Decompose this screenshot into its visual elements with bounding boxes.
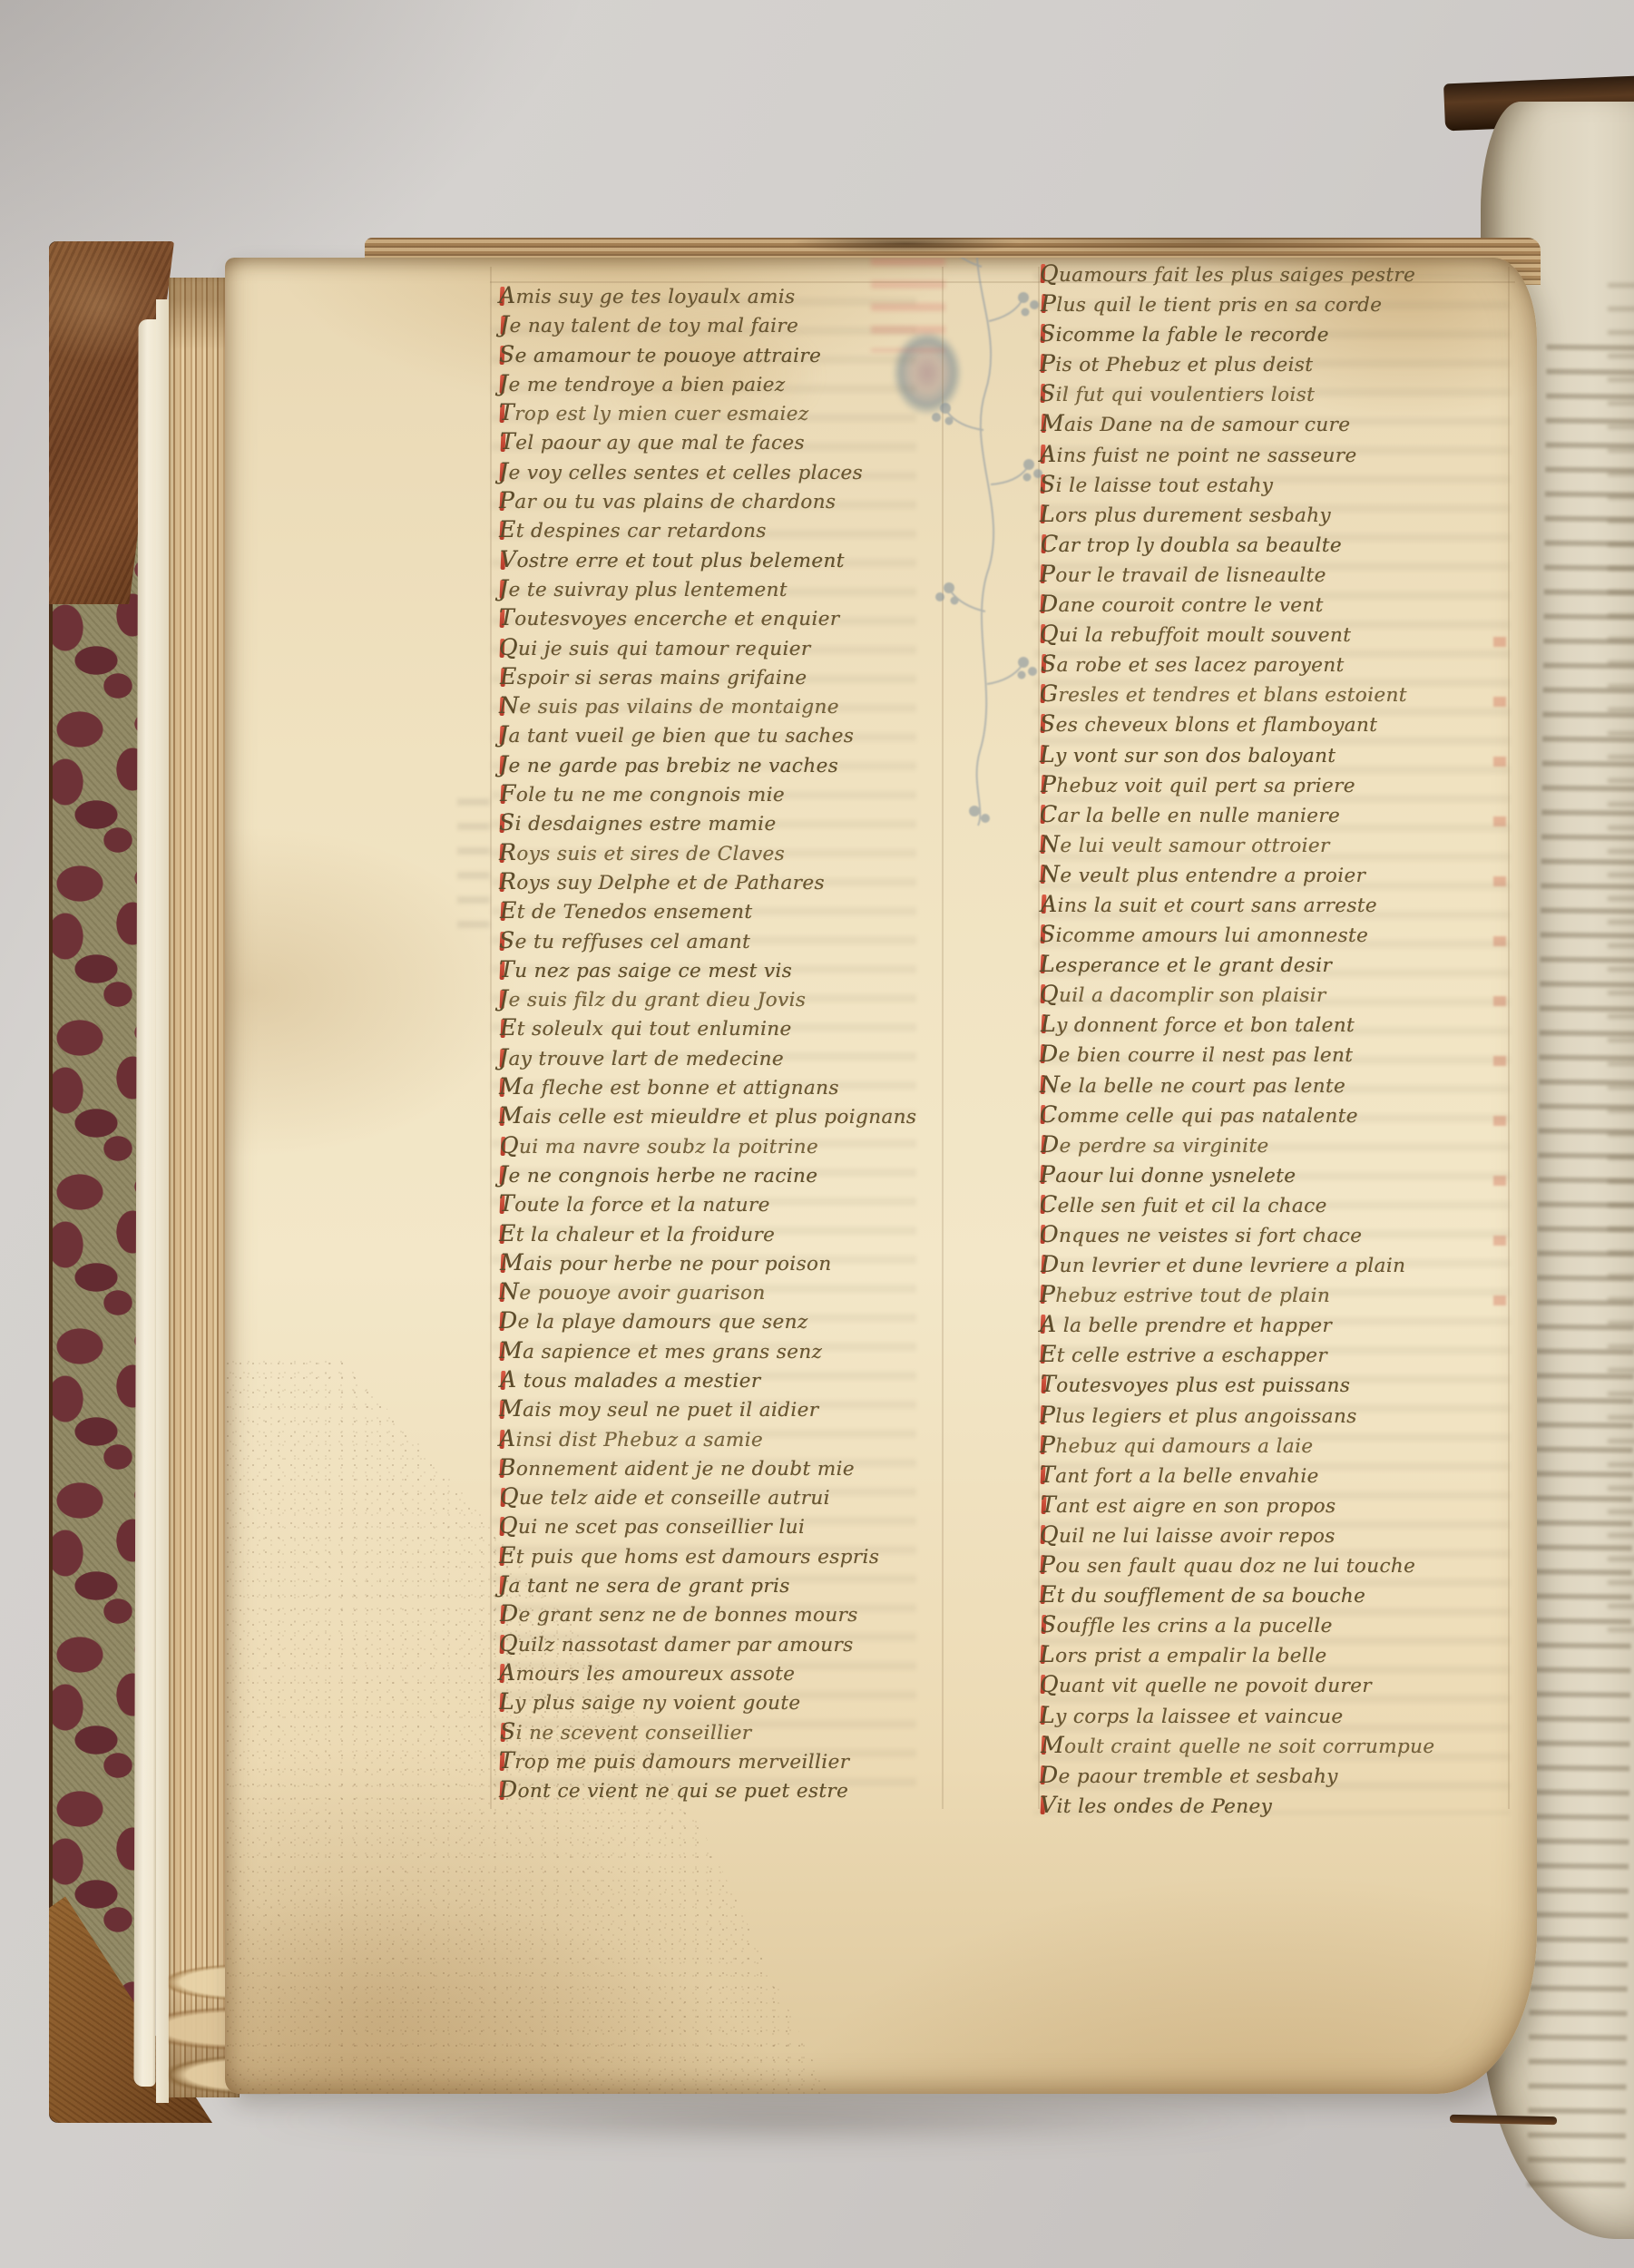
manuscript-line: Ly corps la laissee et vaincue xyxy=(1040,1700,1433,1730)
manuscript-line: Dun levrier et dune levriere a plain xyxy=(1041,1249,1434,1279)
rubricated-initial: D xyxy=(1040,1760,1058,1790)
rubricated-initial: E xyxy=(500,1013,517,1042)
manuscript-line: Plus legiers et plus angoissans xyxy=(1040,1400,1433,1430)
rubricated-initial: Q xyxy=(499,1629,518,1658)
manuscript-line: A la belle prendre et happer xyxy=(1040,1309,1433,1339)
rubricated-initial: D xyxy=(1041,1129,1059,1159)
book-cast-shadow xyxy=(64,2094,1497,2146)
manuscript-line: Ne pouoye avoir guarison xyxy=(499,1277,916,1306)
rubricated-initial: L xyxy=(1040,499,1055,529)
manuscript-line: Plus quil le tient pris en sa corde xyxy=(1041,288,1434,318)
manuscript-line: De paour tremble et sesbahy xyxy=(1040,1760,1433,1790)
manuscript-line: Je ne congnois herbe ne racine xyxy=(499,1160,916,1189)
manuscript-line: Ne suis pas vilains de montaigne xyxy=(499,691,916,720)
rubricated-initial: Q xyxy=(1040,619,1059,649)
manuscript-line: Et soleulx qui tout enlumine xyxy=(500,1013,917,1042)
rubricated-initial: L xyxy=(1041,1009,1056,1039)
manuscript-line: Ains fuist ne point ne sasseure xyxy=(1040,439,1433,469)
text-column-right: Quamours fait les plus saiges pestrePlus… xyxy=(1040,259,1433,1820)
rubricated-initial: S xyxy=(1040,378,1056,408)
manuscript-line: Pis ot Phebuz et plus deist xyxy=(1040,348,1433,378)
rubricated-initial: J xyxy=(499,1570,508,1599)
manuscript-line: Ma fleche est bonne et attignans xyxy=(499,1072,916,1101)
rubricated-initial: P xyxy=(1040,1159,1055,1189)
flyleaf-edge xyxy=(156,299,169,2103)
rubricated-initial: Q xyxy=(1040,259,1059,288)
rubricated-initial: T xyxy=(499,398,514,427)
manuscript-line: Qui la rebuffoit moult souvent xyxy=(1040,619,1433,649)
rubricated-initial: J xyxy=(499,457,508,486)
rubricated-initial: C xyxy=(1040,1100,1058,1129)
manuscript-line: Roys suis et sires de Claves xyxy=(499,838,916,867)
manuscript-line: Lors prist a empalir la belle xyxy=(1040,1639,1433,1669)
manuscript-line: Jay trouve lart de medecine xyxy=(499,1043,916,1072)
manuscript-line: Vostre erre et tout plus belement xyxy=(500,545,917,574)
rubricated-initial: M xyxy=(499,1394,523,1423)
rubricated-initial: T xyxy=(499,603,514,632)
rubricated-initial: E xyxy=(1040,1579,1057,1609)
manuscript-line: Phebuz estrive tout de plain xyxy=(1040,1279,1433,1309)
manuscript-line: Quil a dacomplir son plaisir xyxy=(1040,979,1433,1009)
rubricated-initial: Q xyxy=(1040,979,1059,1009)
manuscript-line: Ma sapience et mes grans senz xyxy=(499,1336,916,1365)
rubricated-initial: P xyxy=(1041,769,1056,799)
rubricated-initial: L xyxy=(1040,949,1055,979)
rubricated-initial: O xyxy=(1040,1219,1059,1249)
rubricated-initial: J xyxy=(499,574,508,603)
rubricated-initial: A xyxy=(1040,1309,1056,1339)
manuscript-line: Sicomme la fable le recorde xyxy=(1040,318,1433,348)
rubricated-initial: T xyxy=(500,427,515,456)
rubricated-initial: M xyxy=(1041,408,1064,438)
rubricated-initial: A xyxy=(499,1424,515,1453)
manuscript-line: Amours les amoureux assote xyxy=(499,1658,916,1687)
manuscript-line: Que telz aide et conseille autrui xyxy=(500,1482,917,1511)
rubricated-initial: V xyxy=(1040,1790,1056,1820)
manuscript-line: Pour le travail de lisneaulte xyxy=(1040,559,1433,589)
rubricated-initial: J xyxy=(499,750,508,779)
manuscript-line: Se tu reffuses cel amant xyxy=(499,926,916,955)
manuscript-line: Car trop ly doubla sa beaulte xyxy=(1041,529,1434,559)
manuscript-line: A tous malades a mestier xyxy=(500,1365,917,1394)
manuscript-line: Phebuz voit quil pert sa priere xyxy=(1041,769,1434,799)
rubricated-initial: N xyxy=(499,1277,519,1306)
rubricated-initial: T xyxy=(1041,1369,1056,1399)
manuscript-line: Qui ma navre soubz la poitrine xyxy=(500,1131,917,1160)
manuscript-line: Et despines car retardons xyxy=(499,515,916,544)
rubricated-initial: Q xyxy=(500,1131,519,1160)
manuscript-line: Toute la force et la nature xyxy=(499,1189,916,1218)
manuscript-line: Trop est ly mien cuer esmaiez xyxy=(499,398,916,427)
manuscript-line: Tant est aigre en son propos xyxy=(1041,1490,1434,1520)
manuscript-line: Par ou tu vas plains de chardons xyxy=(499,486,916,515)
manuscript-line: Et la chaleur et la froidure xyxy=(499,1219,916,1248)
manuscript-line: Je nay talent de toy mal faire xyxy=(500,310,917,339)
rubricated-initial: T xyxy=(1040,1460,1055,1490)
manuscript-line: Sicomme amours lui amonneste xyxy=(1040,919,1433,949)
rubricated-initial: R xyxy=(499,838,516,867)
manuscript-line: Se amamour te pouoye attraire xyxy=(499,340,916,369)
manuscript-line: Quilz nassotast damer par amours xyxy=(499,1629,916,1658)
rubricated-initial: N xyxy=(1040,859,1060,889)
margin-smudge xyxy=(457,798,490,943)
rubricated-initial: A xyxy=(499,1658,515,1687)
rubricated-initial: P xyxy=(1040,1279,1055,1309)
manuscript-line: Et du soufflement de sa bouche xyxy=(1040,1579,1433,1609)
manuscript-line: Sa robe et ses lacez paroyent xyxy=(1041,649,1434,679)
rubricated-initial: E xyxy=(499,515,516,544)
manuscript-line: Tu nez pas saige ce mest vis xyxy=(499,955,916,984)
rubricated-initial: Q xyxy=(499,633,518,662)
rubricated-initial: S xyxy=(1040,919,1056,949)
facing-folio-text-blur xyxy=(1608,283,1634,1644)
manuscript-line: Gresles et tendres et blans estoient xyxy=(1040,679,1433,709)
manuscript-line: Ne veult plus entendre a proier xyxy=(1040,859,1433,889)
rubricated-initial: J xyxy=(500,310,509,339)
manuscript-line: Et celle estrive a eschapper xyxy=(1040,1339,1433,1369)
rubricated-initial: Q xyxy=(1040,1669,1059,1699)
manuscript-line: Dont ce vient ne qui se puet estre xyxy=(499,1775,916,1804)
rubricated-initial: T xyxy=(1041,1490,1056,1520)
rubricated-initial: M xyxy=(499,1336,523,1365)
rubricated-initial: M xyxy=(500,1248,523,1277)
text-column-left: Amis suy ge tes loyaulx amisJe nay talen… xyxy=(499,281,916,1804)
manuscript-page: Amis suy ge tes loyaulx amisJe nay talen… xyxy=(225,258,1537,2094)
rubricated-initial: G xyxy=(1040,679,1058,709)
manuscript-line: Comme celle qui pas natalente xyxy=(1040,1100,1433,1129)
manuscript-line: Ains la suit et court sans arreste xyxy=(1041,889,1434,919)
manuscript-photo: Amis suy ge tes loyaulx amisJe nay talen… xyxy=(0,0,1634,2268)
manuscript-line: Lors plus durement sesbahy xyxy=(1040,499,1433,529)
rubricated-initial: S xyxy=(499,340,515,369)
rubricated-initial: S xyxy=(1040,469,1056,499)
manuscript-line: Quil ne lui laisse avoir repos xyxy=(1040,1520,1433,1549)
manuscript-line: Ses cheveux blons et flamboyant xyxy=(1040,709,1433,738)
manuscript-line: Espoir si seras mains grifaine xyxy=(500,662,917,691)
rubricated-initial: D xyxy=(500,1599,518,1628)
manuscript-line: Je suis filz du grant dieu Jovis xyxy=(499,984,916,1013)
rubricated-initial: J xyxy=(499,1160,508,1189)
manuscript-line: Car la belle en nulle maniere xyxy=(1040,799,1433,829)
rubricated-initial: P xyxy=(499,486,514,515)
manuscript-line: Ly vont sur son dos baloyant xyxy=(1040,739,1433,769)
manuscript-line: Pou sen fault quau doz ne lui touche xyxy=(1040,1549,1433,1579)
manuscript-line: Ly donnent force et bon talent xyxy=(1041,1009,1434,1039)
manuscript-line: Paour lui donne ysnelete xyxy=(1040,1159,1433,1189)
rubricated-initial: Q xyxy=(499,1511,518,1540)
rubricated-initial: J xyxy=(499,984,508,1013)
manuscript-line: Lesperance et le grant desir xyxy=(1040,949,1433,979)
rubricated-initial: A xyxy=(499,281,515,310)
manuscript-line: Je te suivray plus lentement xyxy=(499,574,916,603)
rubricated-initial: A xyxy=(1041,889,1057,919)
manuscript-line: Bonnement aident je ne doubt mie xyxy=(499,1453,916,1482)
rubricated-initial: N xyxy=(1040,829,1060,859)
manuscript-line: Ly plus saige ny voient goute xyxy=(499,1687,916,1716)
rubricated-initial: R xyxy=(499,867,516,896)
manuscript-line: Je ne garde pas brebiz ne vaches xyxy=(499,750,916,779)
manuscript-line: Toutesvoyes encerche et enquier xyxy=(499,603,916,632)
rubricated-initial: D xyxy=(499,1306,517,1335)
manuscript-line: Qui ne scet pas conseillier lui xyxy=(499,1511,916,1540)
rubricated-initial: S xyxy=(1041,1609,1057,1639)
manuscript-line: Je me tendroye a bien paiez xyxy=(499,369,916,398)
rubricated-initial: N xyxy=(1040,1070,1060,1100)
manuscript-line: Mais Dane na de samour cure xyxy=(1041,408,1434,438)
rubricated-initial: S xyxy=(1040,709,1056,738)
manuscript-line: Onques ne veistes si fort chace xyxy=(1040,1219,1433,1249)
rubricated-initial: P xyxy=(1040,559,1055,589)
rubricated-initial: N xyxy=(499,691,519,720)
manuscript-line: Tant fort a la belle envahie xyxy=(1040,1460,1433,1490)
rubricated-initial: D xyxy=(1041,1249,1059,1279)
rubricated-initial: V xyxy=(500,545,516,574)
rubricated-initial: P xyxy=(1040,348,1055,378)
manuscript-line: Fole tu ne me congnois mie xyxy=(500,779,917,808)
manuscript-line: Dane couroit contre le vent xyxy=(1040,589,1433,619)
rubricated-initial: E xyxy=(500,662,517,691)
manuscript-line: Si le laisse tout estahy xyxy=(1040,469,1433,499)
manuscript-line: Vit les ondes de Peney xyxy=(1040,1790,1433,1820)
rubricated-initial: L xyxy=(1040,1700,1055,1730)
rubricated-initial: T xyxy=(499,1189,514,1218)
rubricated-initial: F xyxy=(500,779,516,808)
rubricated-initial: E xyxy=(1040,1339,1057,1369)
manuscript-line: Trop me puis damours merveillier xyxy=(499,1746,916,1775)
manuscript-line: Ja tant ne sera de grant pris xyxy=(499,1570,916,1599)
ruling-line xyxy=(1508,267,1510,1809)
manuscript-line: Ainsi dist Phebuz a samie xyxy=(499,1424,916,1453)
manuscript-line: Je voy celles sentes et celles places xyxy=(499,457,916,486)
rubricated-initial: B xyxy=(499,1453,516,1482)
rubricated-initial: M xyxy=(499,1072,523,1101)
rubricated-initial: E xyxy=(499,1219,516,1248)
rubricated-initial: T xyxy=(499,1746,514,1775)
rubricated-initial: L xyxy=(499,1687,514,1716)
manuscript-line: Quamours fait les plus saiges pestre xyxy=(1040,259,1433,288)
rubricated-initial: P xyxy=(1040,1549,1055,1579)
manuscript-line: Souffle les crins a la pucelle xyxy=(1041,1609,1434,1639)
rubricated-initial: E xyxy=(500,896,517,925)
manuscript-line: De grant senz ne de bonnes mours xyxy=(500,1599,917,1628)
rubricated-initial: P xyxy=(1040,1400,1055,1430)
rubricated-initial: D xyxy=(1040,1039,1058,1069)
manuscript-line: Sil fut qui voulentiers loist xyxy=(1040,378,1433,408)
rubricated-initial: P xyxy=(1041,288,1056,318)
rubricated-initial: S xyxy=(500,1717,516,1746)
manuscript-line: Phebuz qui damours a laie xyxy=(1040,1430,1433,1460)
manuscript-line: Mais pour herbe ne pour poison xyxy=(500,1248,917,1277)
manuscript-line: Ne la belle ne court pas lente xyxy=(1040,1070,1433,1100)
rubricated-initial: S xyxy=(499,926,515,955)
manuscript-line: Celle sen fuit et cil la chace xyxy=(1040,1189,1433,1219)
manuscript-line: Qui je suis qui tamour requier xyxy=(499,633,916,662)
rubricated-initial: D xyxy=(499,1775,517,1804)
rubricated-initial: M xyxy=(499,1101,523,1130)
manuscript-line: Mais celle est mieuldre et plus poignans xyxy=(499,1101,916,1130)
rubricated-initial: D xyxy=(1040,589,1058,619)
rubricated-initial: Q xyxy=(1040,1520,1059,1549)
manuscript-line: Ne lui veult samour ottroier xyxy=(1040,829,1433,859)
manuscript-line: Moult craint quelle ne soit corrumpue xyxy=(1041,1730,1434,1760)
rubricated-initial: A xyxy=(500,1365,516,1394)
manuscript-line: Toutesvoyes plus est puissans xyxy=(1041,1369,1434,1399)
rubricated-initial: S xyxy=(499,808,515,837)
manuscript-line: Ja tant vueil ge bien que tu saches xyxy=(499,720,916,749)
manuscript-line: De bien courre il nest pas lent xyxy=(1040,1039,1433,1069)
rubricated-initial: T xyxy=(499,955,514,984)
rubricated-initial: J xyxy=(499,720,508,749)
manuscript-line: Tel paour ay que mal te faces xyxy=(500,427,917,456)
manuscript-line: Roys suy Delphe et de Pathares xyxy=(499,867,916,896)
rubricated-initial: E xyxy=(499,1541,516,1570)
rubricated-initial: Q xyxy=(500,1482,519,1511)
manuscript-line: De la playe damours que senz xyxy=(499,1306,916,1335)
rubricated-initial: A xyxy=(1040,439,1056,469)
ruling-line xyxy=(490,267,492,1809)
manuscript-line: De perdre sa virginite xyxy=(1041,1129,1434,1159)
rubricated-initial: L xyxy=(1040,739,1055,769)
rubricated-initial: J xyxy=(499,1043,508,1072)
rubricated-initial: L xyxy=(1040,1639,1055,1669)
manuscript-line: Amis suy ge tes loyaulx amis xyxy=(499,281,916,310)
rubricated-initial: C xyxy=(1041,529,1059,559)
rubricated-initial: J xyxy=(499,369,508,398)
manuscript-line: Quant vit quelle ne povoit durer xyxy=(1040,1669,1433,1699)
rubricated-initial: C xyxy=(1040,1189,1058,1219)
manuscript-line: Et puis que homs est damours espris xyxy=(499,1541,916,1570)
rubricated-initial: M xyxy=(1041,1730,1064,1760)
manuscript-line: Si desdaignes estre mamie xyxy=(499,808,916,837)
manuscript-line: Mais moy seul ne puet il aidier xyxy=(499,1394,916,1423)
manuscript-line: Si ne scevent conseillier xyxy=(500,1717,917,1746)
rubricated-initial: S xyxy=(1041,649,1057,679)
rubricated-initial: C xyxy=(1040,799,1058,829)
rubricated-initial: S xyxy=(1040,318,1056,348)
manuscript-line: Et de Tenedos ensement xyxy=(500,896,917,925)
rubricated-initial: P xyxy=(1040,1430,1055,1460)
